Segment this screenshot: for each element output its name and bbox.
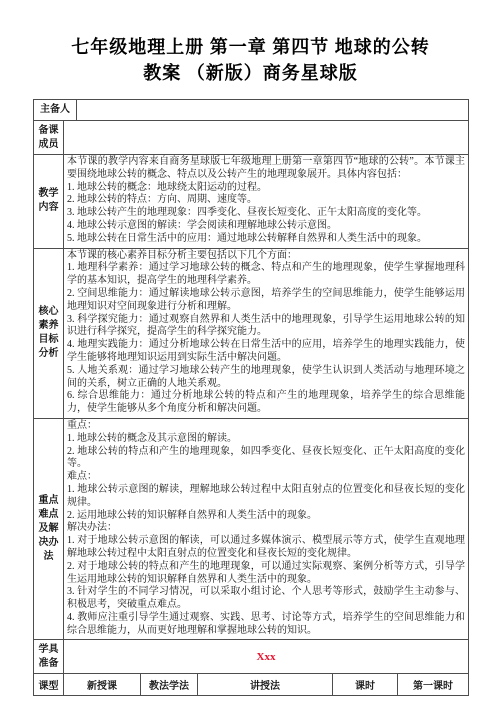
core-literacy-value: 本节课的核心素养目标分析主要包括以下几个方面：1. 地理科学素养：通过学习地球公… <box>64 248 469 418</box>
page-title: 七年级地理上册 第一章 第四节 地球的公转 教案 （新版）商务星球版 <box>33 34 468 86</box>
course-type-value: 新授课 <box>64 674 141 696</box>
paragraph: 1. 地理科学素养：通过学习地球公转的概念、特点和产生的地理现象，使学生掌握地理… <box>67 262 465 288</box>
table-row-teaching-content: 教学内容 本节课的教学内容来自商务星球版七年级地理上册第一章第四节“地球的公转”… <box>34 155 469 249</box>
paragraph: 1. 地球公转的概念及其示意图的解读。 <box>67 433 465 446</box>
page-title-line2: 教案 （新版）商务星球版 <box>143 63 358 83</box>
paragraph: 4. 地理实践能力：通过分析地球公转在日常生活中的应用，培养学生的地理实践能力，… <box>67 339 465 365</box>
lesson-plan-table: 主备人 备课成员 教学内容 本节课的教学内容来自商务星球版七年级地理上册第一章第… <box>33 99 469 696</box>
paragraph: 6. 综合思维能力：通过分析地球公转的特点和产生的地理现象，培养学生的综合思维能… <box>67 390 465 416</box>
document-page: 七年级地理上册 第一章 第四节 地球的公转 教案 （新版）商务星球版 主备人 备… <box>0 0 500 707</box>
teaching-content-label: 教学内容 <box>34 155 64 249</box>
paragraph: 难点： <box>67 471 465 484</box>
paragraph: 解决办法： <box>67 522 465 535</box>
paragraph: 3. 针对学生的不同学习情况，可以采取小组讨论、个人思考等形式，鼓励学生主动参与… <box>67 586 465 612</box>
period-label: 课时 <box>333 674 398 696</box>
table-row-tools-prep: 学具准备 Xxx <box>34 640 469 674</box>
key-difficulties-value: 重点：1. 地球公转的概念及其示意图的解读。2. 地球公转的特点和产生的地理现象… <box>64 418 469 640</box>
prep-members-label: 备课成员 <box>34 121 64 155</box>
paragraph: 5. 人地关系观：通过学习地球公转产生的地理现象，使学生认识到人类活动与地理环境… <box>67 365 465 391</box>
table-row-key-difficulties: 重点难点及解决办法 重点：1. 地球公转的概念及其示意图的解读。2. 地球公转的… <box>34 418 469 640</box>
paragraph: 2. 空间思维能力：通过解读地球公转示意图，培养学生的空间思维能力，使学生能够运… <box>67 288 465 314</box>
paragraph: 本节课的核心素养目标分析主要包括以下几个方面： <box>67 250 465 263</box>
period-value: 第一课时 <box>398 674 469 696</box>
paragraph: 1. 地球公转示意图的解读，理解地球公转过程中太阳直射点的位置变化和昼夜长短的变… <box>67 484 465 510</box>
tools-prep-label: 学具准备 <box>34 640 64 674</box>
paragraph: 4. 教师应注重引导学生通过观察、实践、思考、讨论等方式，培养学生的空间思维能力… <box>67 612 465 638</box>
teaching-method-value: 讲授法 <box>198 674 333 696</box>
key-difficulties-label: 重点难点及解决办法 <box>34 418 64 640</box>
paragraph: 重点： <box>67 420 465 433</box>
table-row-prep-members: 备课成员 <box>34 121 469 155</box>
main-preparer-label: 主备人 <box>34 100 77 121</box>
paragraph: 本节课的教学内容来自商务星球版七年级地理上册第一章第四节“地球的公转”。本节课主… <box>67 156 465 182</box>
paragraph: 2. 对于地球公转的特点和产生的地理现象，可以通过实际观察、案例分析等方式，引导… <box>67 561 465 587</box>
tools-prep-value: Xxx <box>64 640 469 674</box>
paragraph: 2. 运用地球公转的知识解释自然界和人类生活中的现象。 <box>67 510 465 523</box>
main-preparer-value <box>77 100 469 121</box>
table-row-core-literacy: 核心素养目标分析 本节课的核心素养目标分析主要包括以下几个方面：1. 地理科学素… <box>34 248 469 418</box>
table-row-main-preparer: 主备人 <box>34 100 469 121</box>
paragraph: 4. 地球公转示意图的解读：学会阅读和理解地球公转示意图。 <box>67 220 465 233</box>
paragraph: 3. 地球公转产生的地理现象：四季变化、昼夜长短变化、正午太阳高度的变化等。 <box>67 207 465 220</box>
page-title-line1: 七年级地理上册 第一章 第四节 地球的公转 <box>71 37 430 57</box>
prep-members-value <box>64 121 469 155</box>
paragraph: 1. 地球公转的概念：地球绕太阳运动的过程。 <box>67 182 465 195</box>
core-literacy-label: 核心素养目标分析 <box>34 248 64 418</box>
paragraph: 1. 对于地球公转示意图的解读，可以通过多媒体演示、模型展示等方式，使学生直观地… <box>67 535 465 561</box>
teaching-content-value: 本节课的教学内容来自商务星球版七年级地理上册第一章第四节“地球的公转”。本节课主… <box>64 155 469 249</box>
paragraph: 2. 地球公转的特点和产生的地理现象，如四季变化、昼夜长短变化、正午太阳高度的变… <box>67 446 465 472</box>
table-row-schedule: 课型 新授课 教法学法 讲授法 课时 第一课时 <box>34 674 469 696</box>
teaching-method-label: 教法学法 <box>141 674 198 696</box>
paragraph: 3. 科学探究能力：通过观察自然界和人类生活中的地理现象，引导学生运用地球公转的… <box>67 314 465 340</box>
paragraph: 5. 地球公转在日常生活中的应用：通过地球公转解释自然界和人类生活中的现象。 <box>67 233 465 246</box>
course-type-label: 课型 <box>34 674 64 696</box>
paragraph: 2. 地球公转的特点：方向、周期、速度等。 <box>67 194 465 207</box>
